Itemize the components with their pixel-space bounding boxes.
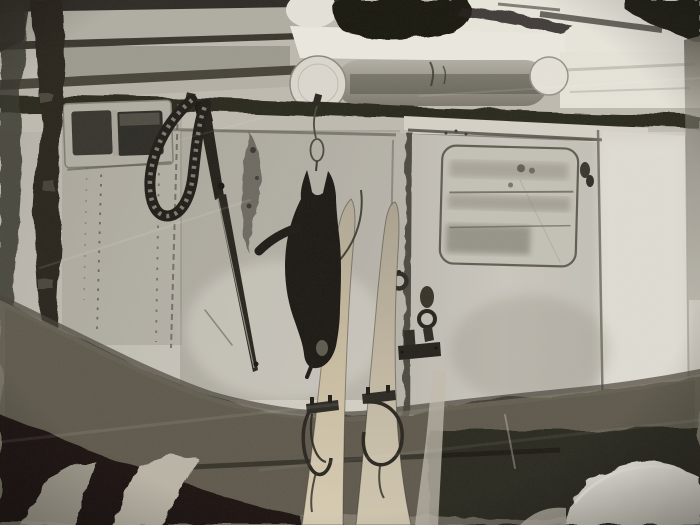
photograph: Old black-and-white photograph of a hunt… [0, 0, 700, 525]
vignette [0, 0, 700, 525]
photo-canvas: Old black-and-white photograph of a hunt… [0, 0, 700, 525]
